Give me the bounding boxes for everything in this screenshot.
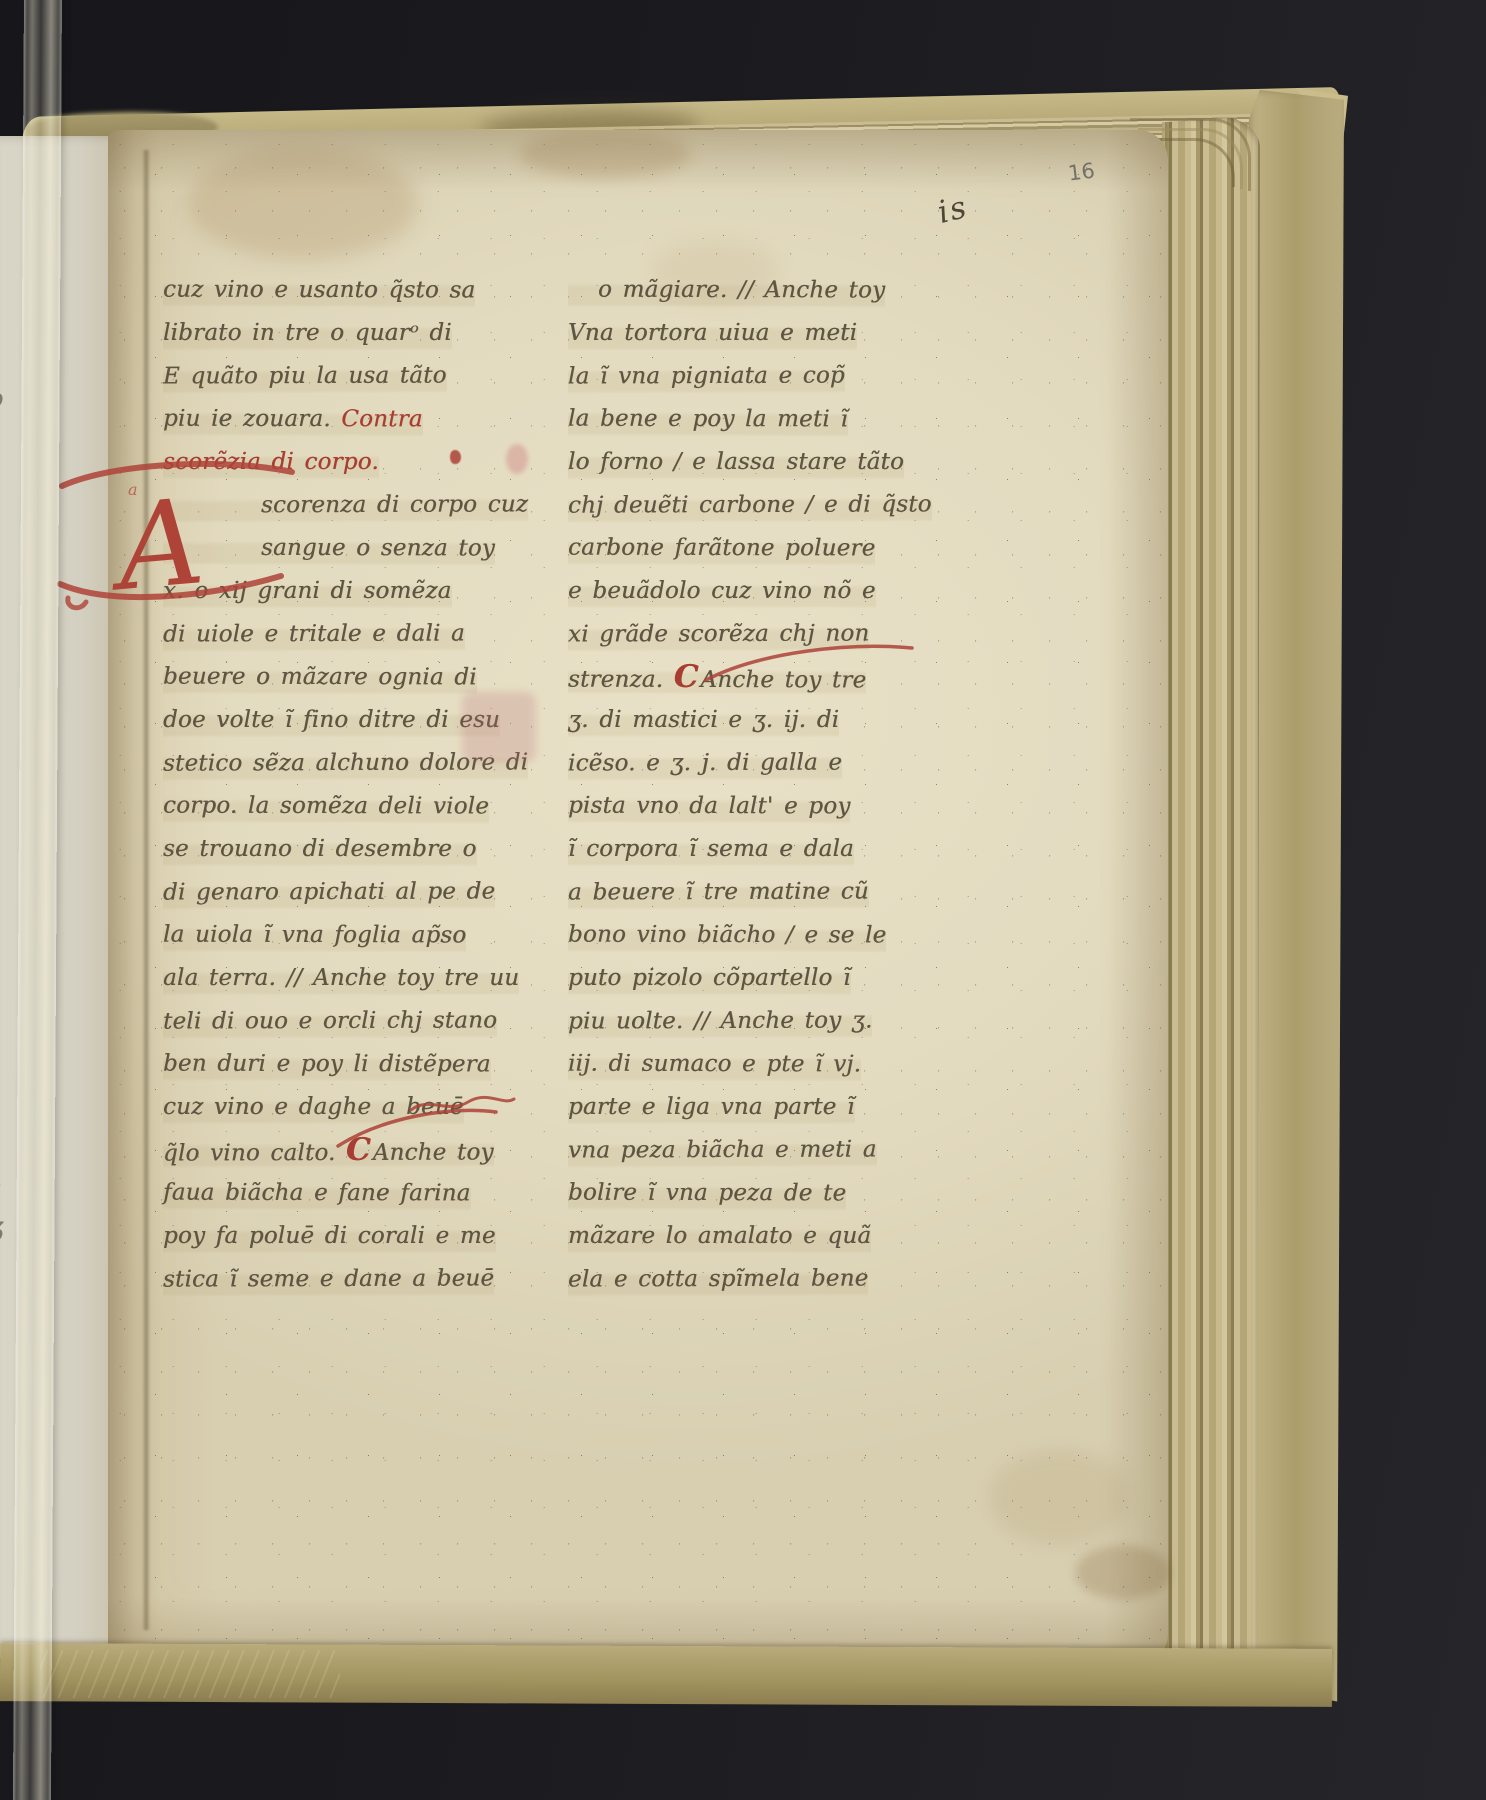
ink-text: ĩ corpora ĩ sema e dala: [568, 836, 854, 862]
manuscript-line: ala terra. // Anche toy tre uu: [163, 957, 519, 1000]
manuscript-line: cuz vino e usanto q̃sto sa: [163, 269, 475, 313]
ink-text: chj deuẽti carbone / e di q̃sto: [568, 491, 932, 518]
ink-text: di uiole e tritale e dali a: [163, 620, 465, 647]
red-paragraph-dot: [450, 450, 461, 464]
manuscript-line: se trouano di desembre o: [163, 828, 477, 871]
ink-text: teli di ouo e orcli chj stano: [163, 1007, 497, 1034]
manuscript-line: ʒ. di mastici e ʒ. ij. di: [568, 699, 839, 742]
manuscript-line: ben duri e poy li distẽpera: [163, 1043, 491, 1087]
manuscript-line: la uiola ĩ vna foglia ap̃so: [163, 914, 467, 958]
ink-text: bolire ĩ vna peza de te: [568, 1180, 846, 1207]
manuscript-line: di genaro apichati al pe de: [163, 870, 495, 914]
rubric-text: C: [674, 659, 701, 695]
ink-text: parte e liga vna parte ĩ: [568, 1094, 855, 1120]
manuscript-line: o mãgiare. // Anche toy: [568, 269, 885, 313]
parchment-stain: [188, 148, 418, 260]
ink-text: e beuãdolo cuz vino nõ e: [568, 578, 876, 604]
manuscript-line: E quãto piu la usa tãto: [163, 355, 447, 399]
left-page-text-fragment: e: [0, 1172, 1, 1202]
red-offset-blob: [506, 444, 528, 474]
manuscript-line: piu ie zouara. Contra: [163, 398, 423, 442]
ink-text: ʒ. di mastici e ʒ. ij. di: [568, 707, 839, 733]
manuscript-line: carbone farãtone poluere: [568, 527, 876, 571]
manuscript-line: doe volte ĩ fino ditre di esu: [163, 699, 500, 742]
ink-text: la bene e poy la meti ĩ: [568, 406, 848, 433]
manuscript-line: ĩ corpora ĩ sema e dala: [568, 828, 854, 871]
ink-text: lo forno / e lassa stare tãto: [568, 449, 904, 475]
manuscript-line: librato in tre o quarᵒ di: [163, 312, 452, 355]
left-page-text-fragment: ʒ: [0, 1212, 4, 1242]
parchment-stain: [1075, 1545, 1170, 1600]
ink-text: cuz vino e usanto q̃sto sa: [163, 277, 475, 304]
ink-text: librato in tre o quarᵒ di: [163, 320, 452, 346]
gutter-crease: [142, 150, 150, 1630]
ink-text: carbone farãtone poluere: [568, 535, 875, 562]
ink-text: faua biãcha e fane farina: [163, 1180, 471, 1207]
manuscript-line: la bene e poy la meti ĩ: [568, 398, 848, 442]
manuscript-photo: is 16 cuz vino e usanto q̃sto salibrato …: [0, 0, 1486, 1800]
manuscript-line: teli di ouo e orcli chj stano: [163, 999, 497, 1043]
manuscript-line: puto pizolo cõpartello ĩ: [568, 957, 851, 1000]
ink-text: doe volte ĩ fino ditre di esu: [163, 707, 500, 733]
manuscript-line: poy fa poluē di corali e me: [163, 1215, 496, 1258]
manuscript-line: piu uolte. // Anche toy ʒ.: [568, 999, 873, 1043]
manuscript-line: la ĩ vna pigniata e cop̃: [568, 355, 845, 399]
manuscript-line: iij. di sumaco e pte ĩ vj.: [568, 1043, 861, 1087]
ink-text: o mãgiare. // Anche toy: [598, 277, 885, 304]
ink-text: E quãto piu la usa tãto: [163, 363, 447, 390]
ink-text: ela e cotta spĩmela bene: [568, 1265, 868, 1292]
ink-text: mãzare lo amalato e quã: [568, 1223, 871, 1249]
ink-text: iij. di sumaco e pte ĩ vj.: [568, 1051, 861, 1078]
manuscript-line: corpo. la somẽza deli viole: [163, 785, 489, 829]
ink-text: Vna tortora uiua e meti: [568, 320, 857, 346]
ink-text: strenza.: [568, 667, 674, 693]
ink-text: icẽso. e ʒ. j. di galla e: [568, 750, 842, 777]
manuscript-line: bono vino biãcho / e se le: [568, 914, 887, 958]
faded-red-smudge: [462, 692, 536, 762]
ink-text: a beuere ĩ tre matine cũ: [568, 878, 869, 905]
manuscript-line: pista vno da lalt' e poy: [568, 785, 851, 829]
ink-text: puto pizolo cõpartello ĩ: [568, 965, 851, 991]
drop-cap-initial-A: A: [56, 448, 316, 618]
parchment-stain: [990, 1450, 1130, 1545]
parchment-stain: [520, 130, 690, 178]
ink-text: pista vno da lalt' e poy: [568, 793, 851, 820]
manuscript-line: e beuãdolo cuz vino nõ e: [568, 570, 876, 613]
ink-text: ben duri e poy li distẽpera: [163, 1051, 491, 1078]
ink-text: la uiola ĩ vna foglia ap̃so: [163, 922, 466, 949]
manuscript-line: beuere o mãzare ognia di: [163, 656, 477, 700]
manuscript-line: parte e liga vna parte ĩ: [568, 1086, 855, 1129]
manuscript-line: mãzare lo amalato e quã: [568, 1215, 871, 1258]
ink-text: poy fa poluē di corali e me: [163, 1223, 496, 1249]
vellum-cover-right-edge: [1246, 90, 1344, 1708]
ink-text: vna peza biãcha e meti a: [568, 1136, 877, 1163]
ink-text: se trouano di desembre o: [163, 836, 477, 862]
ink-text: beuere o mãzare ognia di: [163, 664, 477, 691]
manuscript-line: stica ĩ seme e dane a beuē: [163, 1257, 494, 1301]
manuscript-line: faua biãcha e fane farina: [163, 1172, 471, 1216]
fore-edge-page-stack: [1160, 116, 1260, 1672]
guide-letter: a: [128, 480, 138, 499]
ink-text: piu uolte. // Anche toy ʒ.: [568, 1007, 873, 1034]
text-column-right: o mãgiare. // Anche toyVna tortora uiua …: [568, 269, 932, 1301]
folio-number-pencil: 16: [1067, 158, 1096, 185]
manuscript-line: ela e cotta spĩmela bene: [568, 1257, 869, 1301]
manuscript-line: Vna tortora uiua e meti: [568, 312, 857, 355]
left-page-text-fragment: o: [0, 384, 4, 414]
manuscript-line: a beuere ĩ tre matine cũ: [568, 870, 869, 914]
rubric-text: Contra: [341, 406, 422, 432]
ink-text: piu ie zouara.: [163, 406, 341, 432]
manuscript-line: vna peza biãcha e meti a: [568, 1128, 877, 1172]
ink-text: stica ĩ seme e dane a beuē: [163, 1265, 494, 1292]
ink-text: bono vino biãcho / e se le: [568, 922, 886, 949]
ink-text: ala terra. // Anche toy tre uu: [163, 965, 519, 991]
ink-text: di genaro apichati al pe de: [163, 878, 495, 905]
manuscript-line: lo forno / e lassa stare tãto: [568, 441, 904, 484]
manuscript-line: chj deuẽti carbone / e di q̃sto: [568, 483, 932, 527]
ink-text: q̃lo vino calto.: [163, 1140, 346, 1167]
manuscript-line: icẽso. e ʒ. j. di galla e: [568, 742, 842, 786]
manuscript-line: bolire ĩ vna peza de te: [568, 1172, 846, 1216]
ink-text: corpo. la somẽza deli viole: [163, 793, 489, 820]
red-swash-left-pilcrow: [332, 1098, 502, 1150]
red-swash-right-pilcrow: [700, 636, 920, 684]
manuscript-line: di uiole e tritale e dali a: [163, 612, 465, 656]
ink-text: la ĩ vna pigniata e cop̃: [568, 363, 845, 390]
cover-bottom-creases: [40, 1650, 340, 1698]
